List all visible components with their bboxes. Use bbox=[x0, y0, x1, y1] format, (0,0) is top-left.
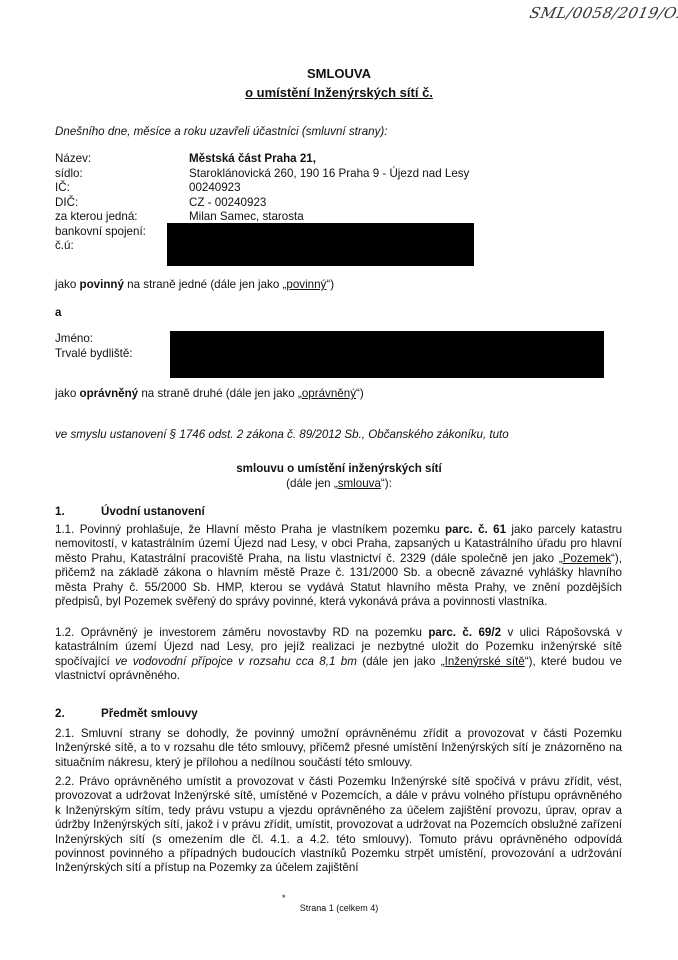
role-short-name: oprávněný bbox=[302, 387, 356, 400]
emphasis-italic: ve vodovodní přípojce v rozsahu cca 8,1 … bbox=[115, 655, 357, 668]
defined-term: Inženýrské sítě bbox=[445, 655, 525, 668]
party1-label: IČ: bbox=[55, 181, 189, 196]
role-bold: oprávněný bbox=[80, 387, 139, 400]
party2-label: Trvalé bydliště: bbox=[55, 347, 189, 362]
paragraph-2-1: 2.1. Smluvní strany se dohodly, že povin… bbox=[55, 727, 622, 770]
section-title: Předmět smlouvy bbox=[101, 707, 198, 720]
emphasis-bold: parc. č. 61 bbox=[445, 523, 506, 536]
section-number: 1. bbox=[55, 505, 101, 518]
footer-marker: * bbox=[282, 893, 286, 903]
party1-role: jako povinný na straně jedné (dále jen j… bbox=[55, 278, 334, 291]
redaction-personal-details bbox=[170, 331, 604, 378]
contract-short-name: (dále jen „smlouva“): bbox=[0, 477, 678, 490]
party1-value: Městská část Praha 21, bbox=[189, 152, 316, 167]
paragraph-text: (dále jen jako „ bbox=[357, 655, 445, 668]
party2-label: Jméno: bbox=[55, 332, 189, 347]
paragraph-1-1: 1.1. Povinný prohlašuje, že Hlavní město… bbox=[55, 523, 622, 609]
paragraph-2-2: 2.2. Právo oprávněného umístit a provozo… bbox=[55, 775, 622, 876]
defined-term: Pozemek bbox=[563, 552, 611, 565]
party1-value: CZ - 00240923 bbox=[189, 196, 266, 211]
party1-value: Staroklánovická 260, 190 16 Praha 9 - Új… bbox=[189, 167, 469, 182]
short-prefix: (dále jen „ bbox=[286, 477, 338, 490]
short-suffix: “): bbox=[381, 477, 392, 490]
page-number: Strana 1 (celkem 4) bbox=[0, 903, 678, 913]
section-2-heading: 2.Předmět smlouvy bbox=[55, 707, 198, 720]
paragraph-text: 1.1. Povinný prohlašuje, že Hlavní město… bbox=[55, 523, 445, 536]
section-1-heading: 1.Úvodní ustanovení bbox=[55, 505, 205, 518]
handwritten-reference-number: SML/0058/2019/OMI bbox=[528, 4, 678, 22]
party1-row-dic: DIČ:CZ - 00240923 bbox=[55, 196, 615, 211]
role-text: jako bbox=[55, 278, 80, 291]
document-subtitle: o umístění Inženýrských sítí č. bbox=[0, 85, 678, 100]
paragraph-text: 1.2. Oprávněný je investorem záměru novo… bbox=[55, 626, 428, 639]
party1-label: sídlo: bbox=[55, 167, 189, 182]
document-title: SMLOUVA bbox=[0, 66, 678, 81]
party1-row-ic: IČ:00240923 bbox=[55, 181, 615, 196]
role-text: “) bbox=[356, 387, 364, 400]
party2-role: jako oprávněný na straně druhé (dále jen… bbox=[55, 387, 364, 400]
role-text: na straně jedné (dále jen jako „ bbox=[124, 278, 286, 291]
role-bold: povinný bbox=[80, 278, 124, 291]
paragraph-1-2: 1.2. Oprávněný je investorem záměru novo… bbox=[55, 626, 622, 684]
party1-value: 00240923 bbox=[189, 181, 241, 196]
party1-label: DIČ: bbox=[55, 196, 189, 211]
paragraph-text: 2.2. Právo oprávněného umístit a provozo… bbox=[55, 775, 622, 874]
emphasis-bold: parc. č. 69/2 bbox=[428, 626, 501, 639]
section-number: 2. bbox=[55, 707, 101, 720]
intro-text: Dnešního dne, měsíce a roku uzavřeli úča… bbox=[55, 125, 388, 138]
redaction-bank-details bbox=[167, 223, 474, 266]
contract-name: smlouvu o umístění inženýrských sítí bbox=[0, 462, 678, 475]
role-text: “) bbox=[326, 278, 334, 291]
section-title: Úvodní ustanovení bbox=[101, 505, 205, 518]
party1-row-name: Název:Městská část Praha 21, bbox=[55, 152, 615, 167]
paragraph-text: 2.1. Smluvní strany se dohodly, že povin… bbox=[55, 727, 622, 769]
short-name: smlouva bbox=[338, 477, 381, 490]
conjunction: a bbox=[55, 306, 61, 319]
role-short-name: povinný bbox=[286, 278, 326, 291]
role-text: na straně druhé (dále jen jako „ bbox=[138, 387, 302, 400]
party1-row-seat: sídlo:Staroklánovická 260, 190 16 Praha … bbox=[55, 167, 615, 182]
party1-label: Název: bbox=[55, 152, 189, 167]
legal-basis: ve smyslu ustanovení § 1746 odst. 2 záko… bbox=[55, 428, 509, 441]
role-text: jako bbox=[55, 387, 80, 400]
